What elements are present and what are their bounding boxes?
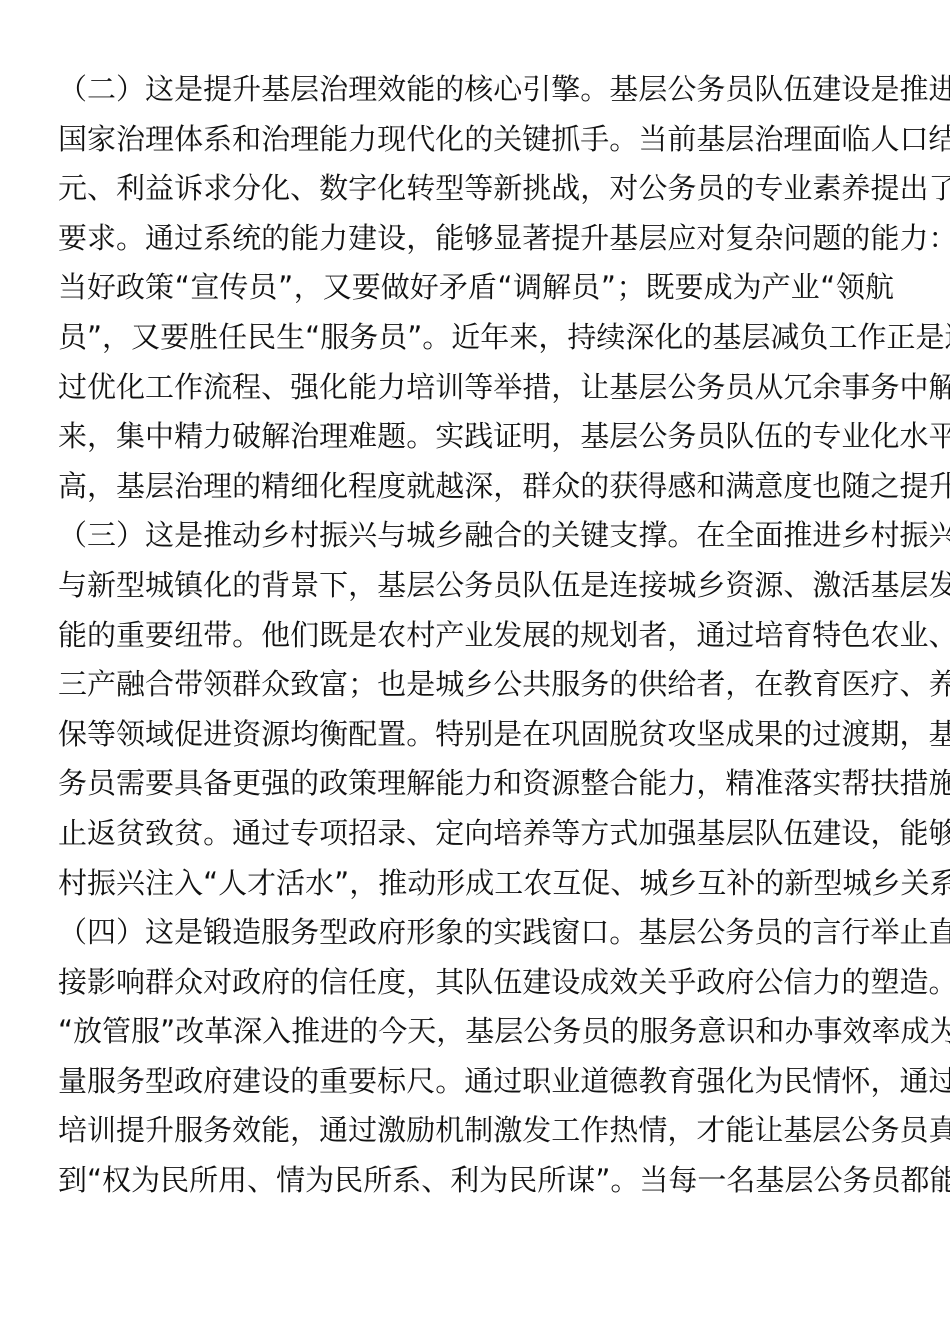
text-line: 与新型城镇化的背景下，基层公务员队伍是连接城乡资源、激活基层发展动 bbox=[58, 561, 894, 611]
text-line: 过优化工作流程、强化能力培训等举措，让基层公务员从冗余事务中解脱出 bbox=[58, 363, 894, 413]
text-line: 务员需要具备更强的政策理解能力和资源整合能力，精准落实帮扶措施，防 bbox=[58, 759, 894, 809]
text-line: “放管服”改革深入推进的今天，基层公务员的服务意识和办事效率成为衡 bbox=[58, 1007, 894, 1057]
text-line: 当好政策“宣传员”，又要做好矛盾“调解员”；既要成为产业“领航 bbox=[58, 263, 894, 313]
text-line: 能的重要纽带。他们既是农村产业发展的规划者，通过培育特色农业、推动 bbox=[58, 611, 894, 661]
text-line: （二）这是提升基层治理效能的核心引擎。基层公务员队伍建设是推进 bbox=[58, 65, 894, 115]
text-line: 要求。通过系统的能力建设，能够显著提升基层应对复杂问题的能力：既要 bbox=[58, 214, 894, 264]
text-line: （三）这是推动乡村振兴与城乡融合的关键支撑。在全面推进乡村振兴 bbox=[58, 511, 894, 561]
text-line: 止返贫致贫。通过专项招录、定向培养等方式加强基层队伍建设，能够为乡 bbox=[58, 809, 894, 859]
document-page: （二）这是提升基层治理效能的核心引擎。基层公务员队伍建设是推进 国家治理体系和治… bbox=[58, 65, 894, 1206]
paragraph-section-3: （三）这是推动乡村振兴与城乡融合的关键支撑。在全面推进乡村振兴 与新型城镇化的背… bbox=[58, 511, 894, 908]
text-line: 接影响群众对政府的信任度，其队伍建设成效关乎政府公信力的塑造。在 bbox=[58, 958, 894, 1008]
text-line: 培训提升服务效能，通过激励机制激发工作热情，才能让基层公务员真正做 bbox=[58, 1106, 894, 1156]
text-line: 元、利益诉求分化、数字化转型等新挑战，对公务员的专业素养提出了更高 bbox=[58, 164, 894, 214]
text-line: 到“权为民所用、情为民所系、利为民所谋”。当每一名基层公务员都能以 bbox=[58, 1156, 894, 1206]
paragraph-section-4: （四）这是锻造服务型政府形象的实践窗口。基层公务员的言行举止直 接影响群众对政府… bbox=[58, 908, 894, 1206]
text-line: 高，基层治理的精细化程度就越深，群众的获得感和满意度也随之提升。 bbox=[58, 462, 894, 512]
text-line: 保等领域促进资源均衡配置。特别是在巩固脱贫攻坚成果的过渡期，基层公 bbox=[58, 710, 894, 760]
text-line: 三产融合带领群众致富；也是城乡公共服务的供给者，在教育医疗、养老社 bbox=[58, 660, 894, 710]
text-line: 国家治理体系和治理能力现代化的关键抓手。当前基层治理面临人口结构多 bbox=[58, 115, 894, 165]
paragraph-section-2: （二）这是提升基层治理效能的核心引擎。基层公务员队伍建设是推进 国家治理体系和治… bbox=[58, 65, 894, 511]
text-line: 员”，又要胜任民生“服务员”。近年来，持续深化的基层减负工作正是通 bbox=[58, 313, 894, 363]
text-line: （四）这是锻造服务型政府形象的实践窗口。基层公务员的言行举止直 bbox=[58, 908, 894, 958]
text-line: 量服务型政府建设的重要标尺。通过职业道德教育强化为民情怀，通过业务 bbox=[58, 1057, 894, 1107]
text-line: 来，集中精力破解治理难题。实践证明，基层公务员队伍的专业化水平越 bbox=[58, 412, 894, 462]
text-line: 村振兴注入“人才活水”，推动形成工农互促、城乡互补的新型城乡关系。 bbox=[58, 859, 894, 909]
